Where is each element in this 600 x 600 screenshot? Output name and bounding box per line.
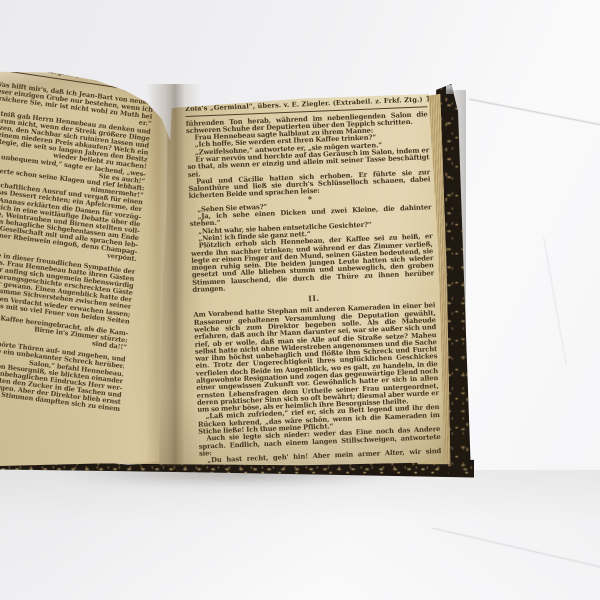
right-page-content: Zola's „Germinal“, übers. v. E. Ziegler.… xyxy=(185,94,443,466)
backdrop-crease xyxy=(469,98,600,130)
paragraph: Am Vorabend hatte Stephan mit anderen Ka… xyxy=(193,302,439,414)
right-page: Zola's „Germinal“, übers. v. E. Ziegler.… xyxy=(153,88,449,466)
cover-corner-glint xyxy=(446,85,462,94)
left-page-text: antwortet. Was hilft mir's, daß ich Jean… xyxy=(0,73,154,414)
backdrop-crease xyxy=(542,237,568,366)
paragraph: Plötzlich erhob sich Hennebeau, der Kaff… xyxy=(191,233,435,294)
left-page: Zola's „Germinal“, übers. v. E. Ziegler.… xyxy=(0,60,174,468)
backdrop-crease xyxy=(432,527,600,573)
right-page-header-title: Zola's „Germinal“, übers. v. E. Ziegler.… xyxy=(185,95,423,113)
photo-scene: Zola's „Germinal“, übers. v. E. Ziegler.… xyxy=(0,0,600,600)
